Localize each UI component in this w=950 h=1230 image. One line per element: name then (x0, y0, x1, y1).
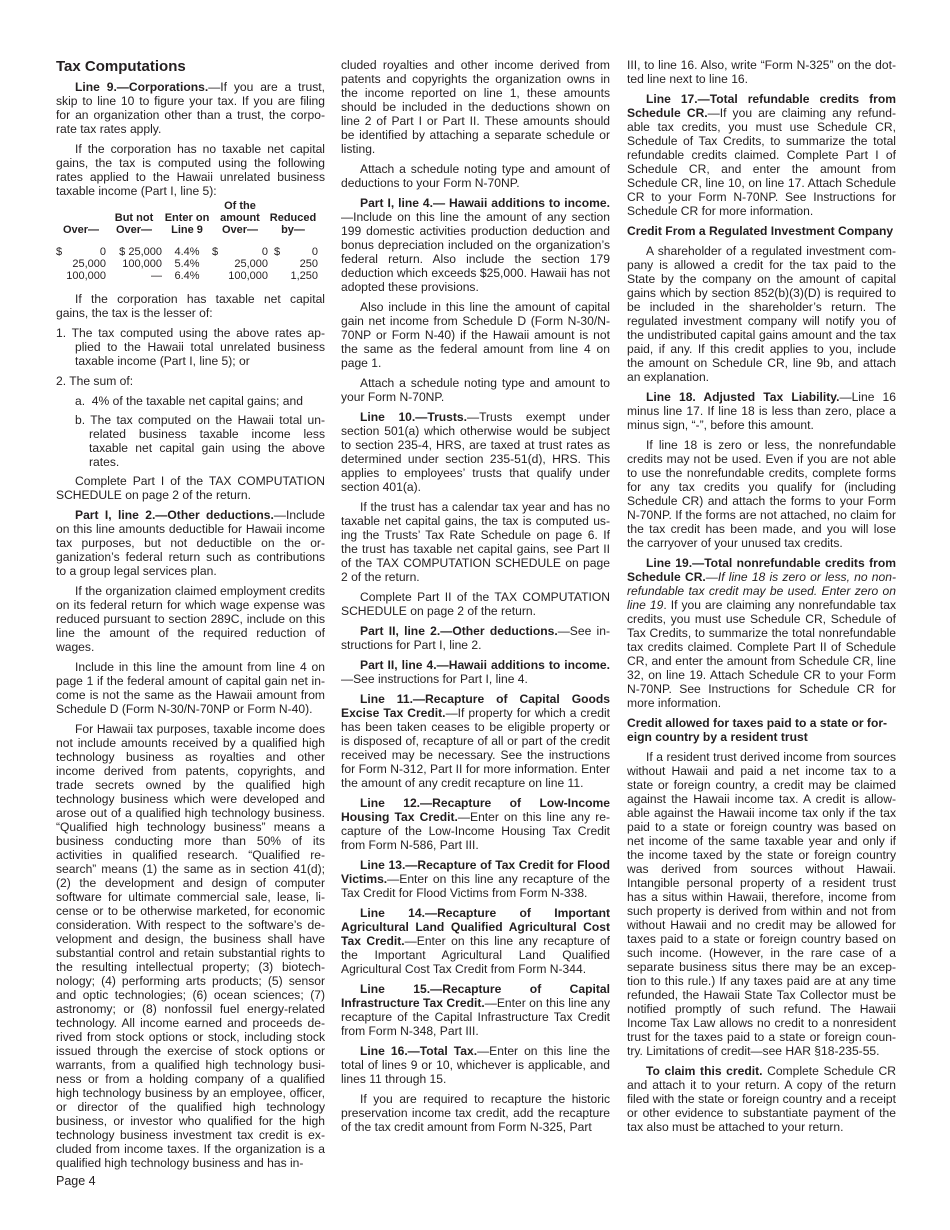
line-11-paragraph: Line 11.—Recapture of Capital Goods Exci… (341, 692, 610, 790)
currency-symbol: $ (212, 246, 224, 258)
part-2-line-4-text: —See instructions for Part I, line 4. (341, 672, 528, 686)
list-item-2: 2. The sum of: (56, 374, 325, 388)
table-row: 25,000 100,000 5.4% 25,000 250 (56, 258, 318, 270)
header-of-the-amount-over: Of theamountOver— (212, 200, 268, 246)
attach-deductions-paragraph: Attach a schedule noting type and amount… (341, 162, 610, 190)
part-2-line-4-heading: Part II, line 4.—Hawaii additions to inc… (360, 658, 610, 672)
historic-preservation-continued-paragraph: III, to line 16. Also, write “Form N-325… (627, 58, 896, 86)
column-2: cluded royalties and other income derive… (341, 58, 610, 1140)
cell-rate: 5.4% (162, 258, 212, 270)
cell-over: 100,000 (66, 270, 106, 282)
currency-symbol: $ (56, 246, 66, 258)
employment-credits-paragraph: If the organization claimed employment c… (56, 584, 325, 654)
part-1-line-4-heading: Part I, line 4.— Hawaii additions to in­… (360, 196, 610, 210)
part-1-line-4-paragraph: Part I, line 4.— Hawaii additions to in­… (341, 196, 610, 294)
header-enter-on-line-9: Enter onLine 9 (162, 200, 212, 246)
part-1-line-2-paragraph: Part I, line 2.—Other deductions.—Includ… (56, 508, 325, 578)
corporate-tax-rate-table: Over— But notOver— Enter onLine 9 Of the… (56, 200, 318, 282)
column-3: III, to line 16. Also, write “Form N-325… (627, 58, 896, 1140)
cell-amount-over: 25,000 (224, 258, 268, 270)
foreign-tax-credit-paragraph: If a resident trust derived income from … (627, 750, 896, 1058)
line-17-paragraph: Line 17.—Total refundable credits from S… (627, 92, 896, 218)
has-capital-gains-paragraph: If the corporation has taxable net capit… (56, 292, 325, 320)
line-19-paragraph: Line 19.—Total nonrefundable credits fro… (627, 556, 896, 710)
list-item-1: 1. The tax computed using the above rate… (56, 326, 325, 368)
rate-table-header-row: Over— But notOver— Enter onLine 9 Of the… (56, 200, 318, 246)
currency-symbol (268, 270, 286, 282)
currency-symbol: $ (268, 246, 286, 258)
no-capital-gains-paragraph: If the corporation has no taxable net ca… (56, 142, 325, 198)
currency-symbol (212, 270, 224, 282)
regulated-investment-company-paragraph: A shareholder of a regulated investment … (627, 244, 896, 384)
line-17-text: —If you are claiming any refund­able tax… (627, 106, 896, 218)
page-title: Tax Computations (56, 58, 325, 76)
line-19-text: . If you are claiming any nonrefundable … (627, 598, 896, 710)
part-1-line-2-heading: Part I, line 2.—Other deductions. (75, 508, 274, 522)
list-item-2b: b. The tax computed on the Hawaii total … (56, 413, 325, 469)
cell-reduced-by: 1,250 (286, 270, 318, 282)
historic-preservation-paragraph: If you are required to recapture the his… (341, 1092, 610, 1134)
cell-not-over: $ 25,000 (106, 246, 162, 258)
claim-credit-paragraph: To claim this credit. Complete Schedule … (627, 1064, 896, 1134)
line-12-paragraph: Line 12.—Recapture of Low-Income Housing… (341, 796, 610, 852)
part-2-line-2-heading: Part II, line 2.—Other deductions. (360, 624, 558, 638)
cell-over: 0 (66, 246, 106, 258)
header-but-not-over: But notOver— (106, 200, 162, 246)
high-technology-paragraph: For Hawaii tax purposes, taxable income … (56, 722, 325, 1170)
claim-credit-heading: To claim this credit. (646, 1064, 762, 1078)
line-9-heading: Line 9.—Corporations. (75, 80, 208, 94)
line-16-heading: Line 16.—Total Tax. (360, 1044, 477, 1058)
cell-amount-over: 0 (224, 246, 268, 258)
complete-part-1-paragraph: Complete Part I of the TAX COMPUTATION S… (56, 474, 325, 502)
capital-gain-paragraph: Also include in this line the amount of … (341, 300, 610, 370)
currency-symbol (212, 258, 224, 270)
line-10-paragraph: Line 10.—Trusts.—Trusts exempt under sec… (341, 410, 610, 494)
cell-not-over: — (106, 270, 162, 282)
line-18-heading: Line 18. Adjusted Tax Liability. (646, 390, 839, 404)
cell-over: 25,000 (66, 258, 106, 270)
table-row: $ 0 $ 25,000 4.4% $ 0 $ 0 (56, 246, 318, 258)
header-over: Over— (56, 200, 106, 246)
line-10-heading: Line 10.—Trusts. (360, 410, 467, 424)
line-9-paragraph: Line 9.—Corporations.—If you are a trust… (56, 80, 325, 136)
line-18-paragraph: Line 18. Adjusted Tax Liability.—Line 16… (627, 390, 896, 432)
cell-reduced-by: 0 (286, 246, 318, 258)
cell-not-over: 100,000 (106, 258, 162, 270)
cell-rate: 4.4% (162, 246, 212, 258)
list-item-2a: a. 4% of the taxable net capital gains; … (56, 394, 325, 408)
part-2-line-4-paragraph: Part II, line 4.—Hawaii additions to inc… (341, 658, 610, 686)
calendar-year-paragraph: If the trust has a calendar tax year and… (341, 500, 610, 584)
column-1: Tax Computations Line 9.—Corporations.—I… (56, 58, 325, 1176)
line-16-paragraph: Line 16.—Total Tax.—Enter on this line t… (341, 1044, 610, 1086)
currency-symbol (56, 258, 66, 270)
part-2-line-2-paragraph: Part II, line 2.—Other deductions.—See i… (341, 624, 610, 652)
cell-amount-over: 100,000 (224, 270, 268, 282)
line-15-paragraph: Line 15.—Recapture of Capital Infrastruc… (341, 982, 610, 1038)
page-number: Page 4 (56, 1174, 96, 1188)
part-1-line-4-text: —Include on this line the amount of any … (341, 210, 610, 294)
line-13-paragraph: Line 13.—Recapture of Tax Credit for Flo… (341, 858, 610, 900)
currency-symbol (56, 270, 66, 282)
attach-amount-paragraph: Attach a schedule noting type and amount… (341, 376, 610, 404)
include-line-4-paragraph: Include in this line the amount from lin… (56, 660, 325, 716)
line-18-zero-paragraph: If line 18 is zero or less, the nonrefun… (627, 438, 896, 550)
regulated-investment-company-heading: Credit From a Regulated Investment Compa… (627, 224, 896, 238)
header-reduced-by: Reducedby— (268, 200, 318, 246)
table-row: 100,000 — 6.4% 100,000 1,250 (56, 270, 318, 282)
high-technology-continued-paragraph: cluded royalties and other income derive… (341, 58, 610, 156)
currency-symbol (268, 258, 286, 270)
cell-rate: 6.4% (162, 270, 212, 282)
line-14-paragraph: Line 14.—Recapture of Important Agricult… (341, 906, 610, 976)
foreign-tax-credit-heading: Credit allowed for taxes paid to a state… (627, 716, 896, 744)
complete-part-2-paragraph: Complete Part II of the TAX COMPUTATION … (341, 590, 610, 618)
cell-reduced-by: 250 (286, 258, 318, 270)
